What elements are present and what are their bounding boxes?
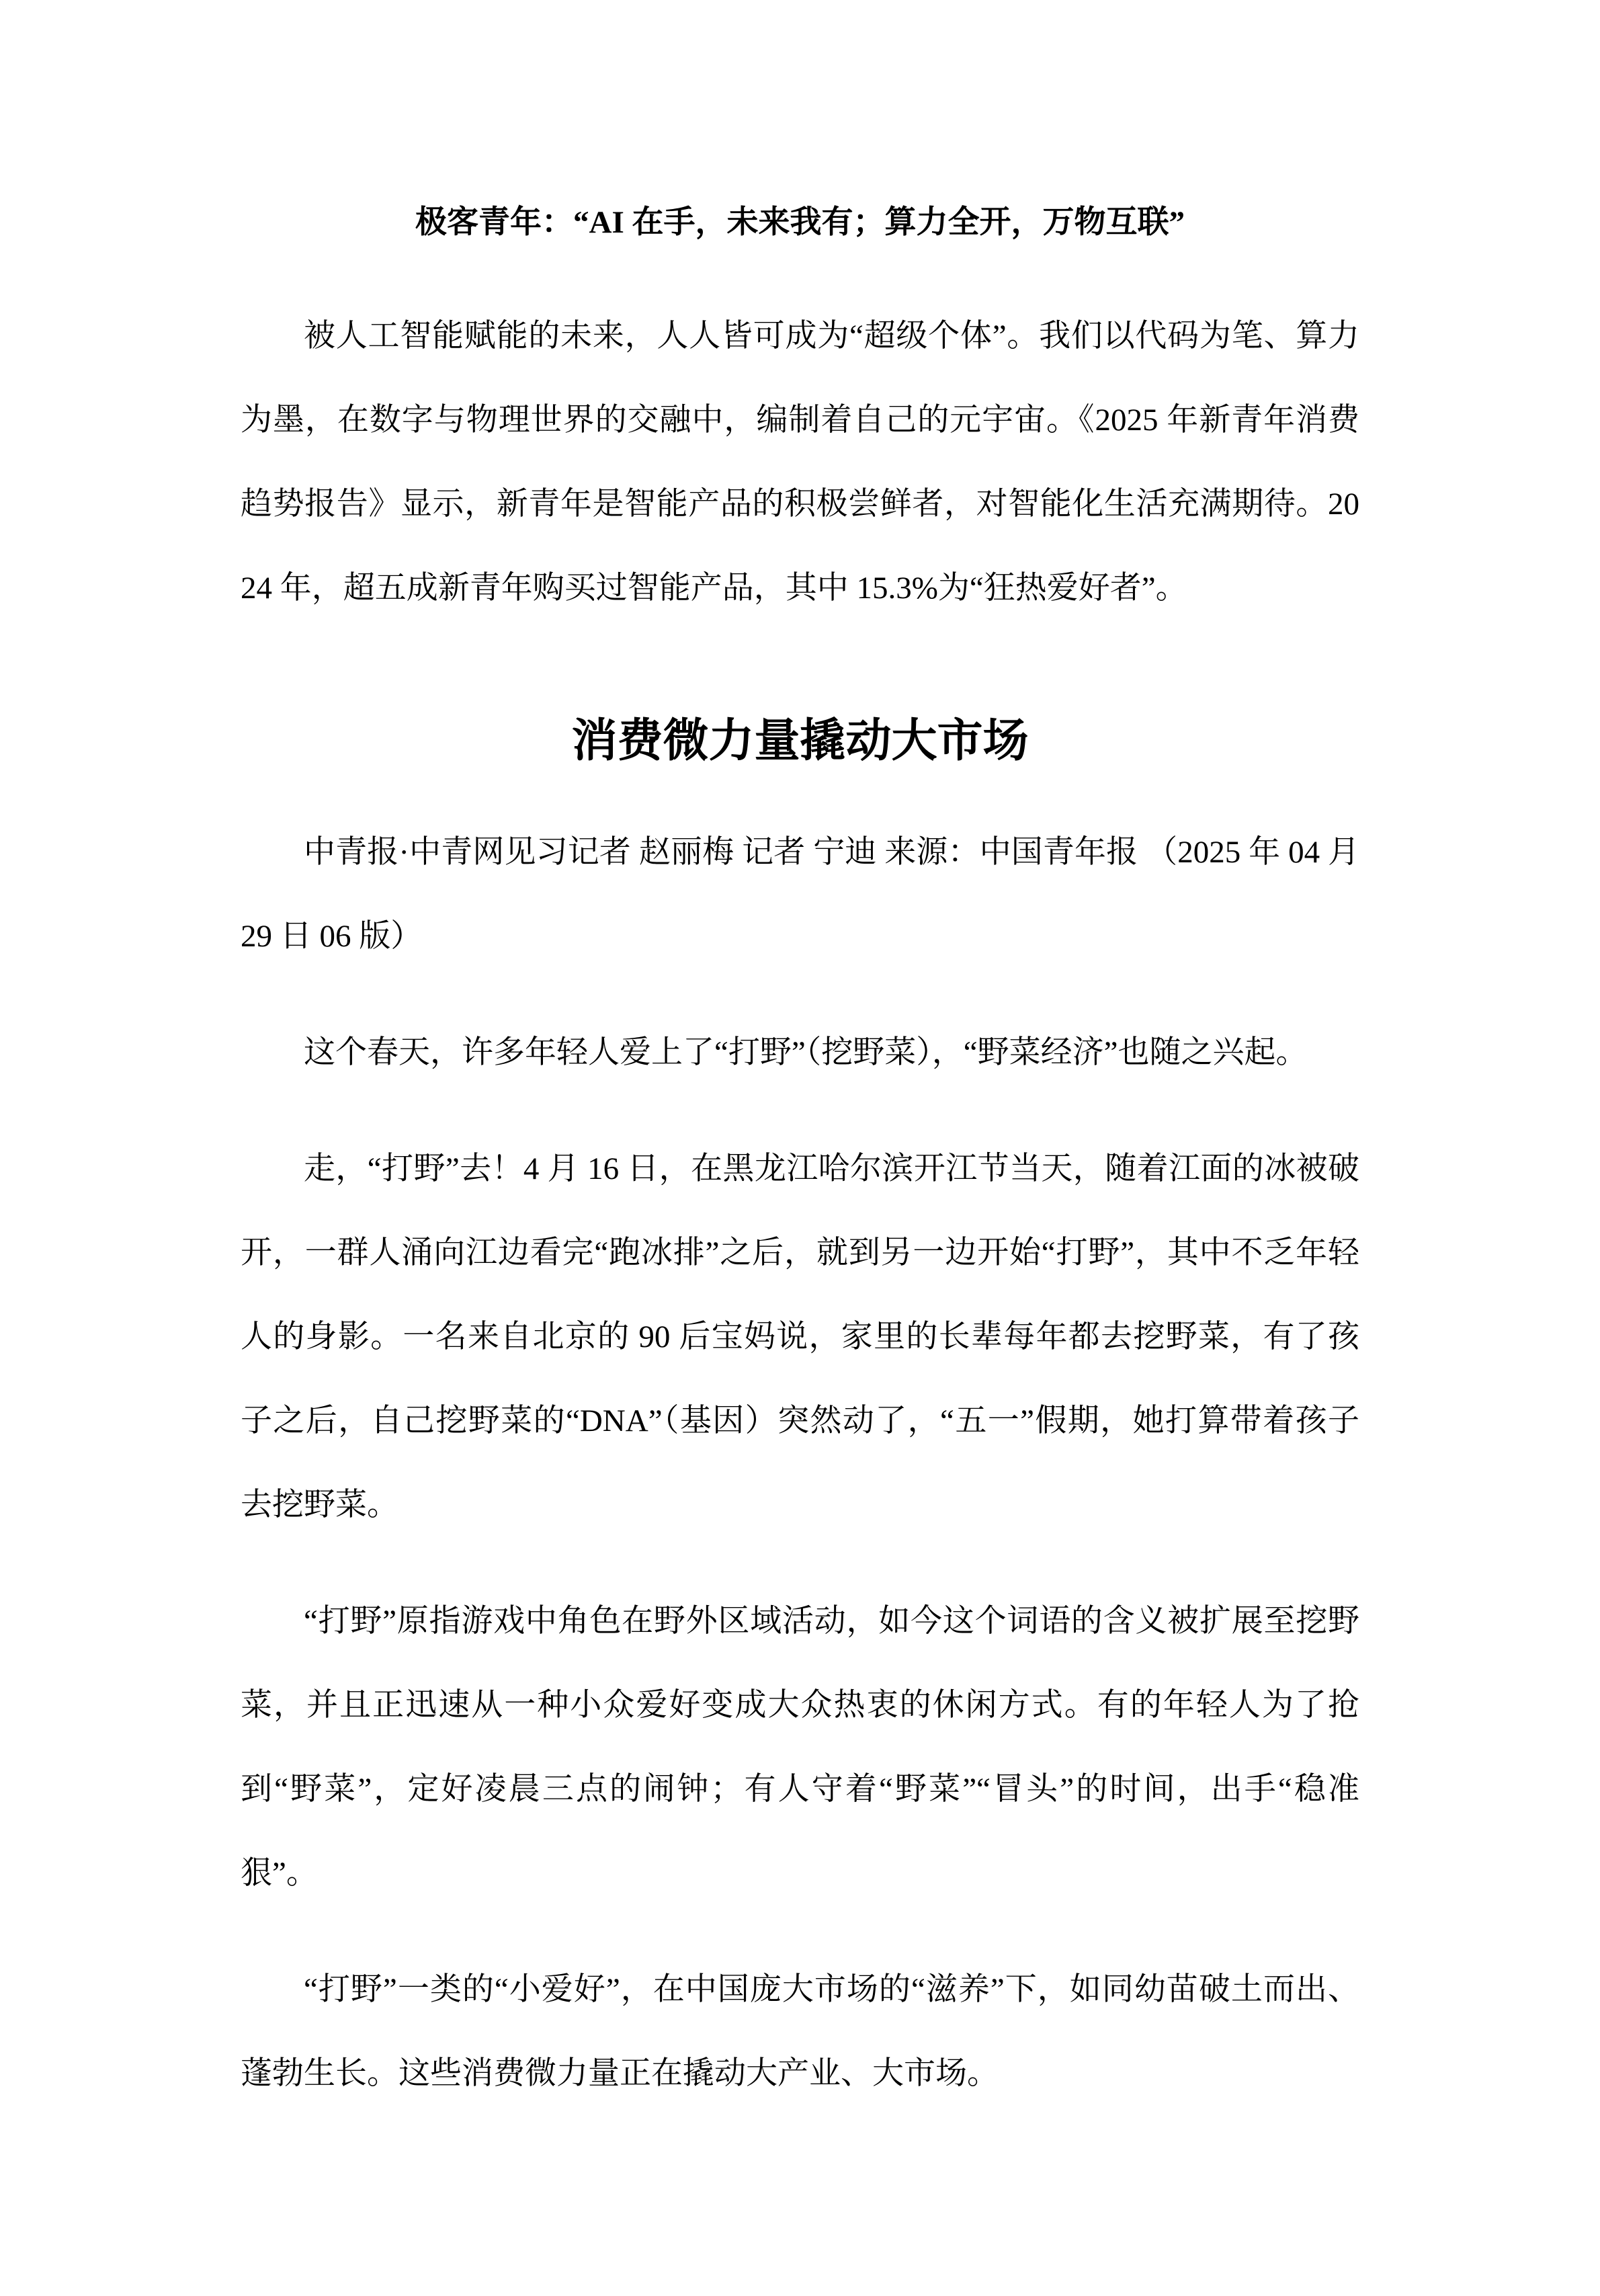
article2-byline: 中青报·中青网见习记者 赵丽梅 记者 宁迪 来源：中国青年报 （2025 年 0… (241, 811, 1359, 979)
article2-paragraph-1: 这个春天，许多年轻人爱上了“打野”（挖野菜），“野菜经济”也随之兴起。 (241, 1011, 1359, 1095)
article2-title: 消费微力量撬动大市场 (241, 706, 1359, 776)
article2-paragraph-4: “打野”一类的“小爱好”，在中国庞大市场的“滋养”下，如同幼苗破土而出、蓬勃生长… (241, 1948, 1359, 2116)
document-page: 极客青年：“AI 在手，未来我有；算力全开，万物互联” 被人工智能赋能的未来，人… (0, 0, 1600, 2296)
article1-paragraph: 被人工智能赋能的未来，人人皆可成为“超级个体”。我们以代码为笔、算力为墨，在数字… (241, 294, 1359, 630)
article2-paragraph-2: 走，“打野”去！4 月 16 日，在黑龙江哈尔滨开江节当天，随着江面的冰被破开，… (241, 1127, 1359, 1547)
article1-title: 极客青年：“AI 在手，未来我有；算力全开，万物互联” (241, 202, 1359, 243)
article2-paragraph-3: “打野”原指游戏中角色在野外区域活动，如今这个词语的含义被扩展至挖野菜，并且正迅… (241, 1580, 1359, 1916)
document-body: { "page": { "background_color": "#ffffff… (0, 0, 1600, 2296)
